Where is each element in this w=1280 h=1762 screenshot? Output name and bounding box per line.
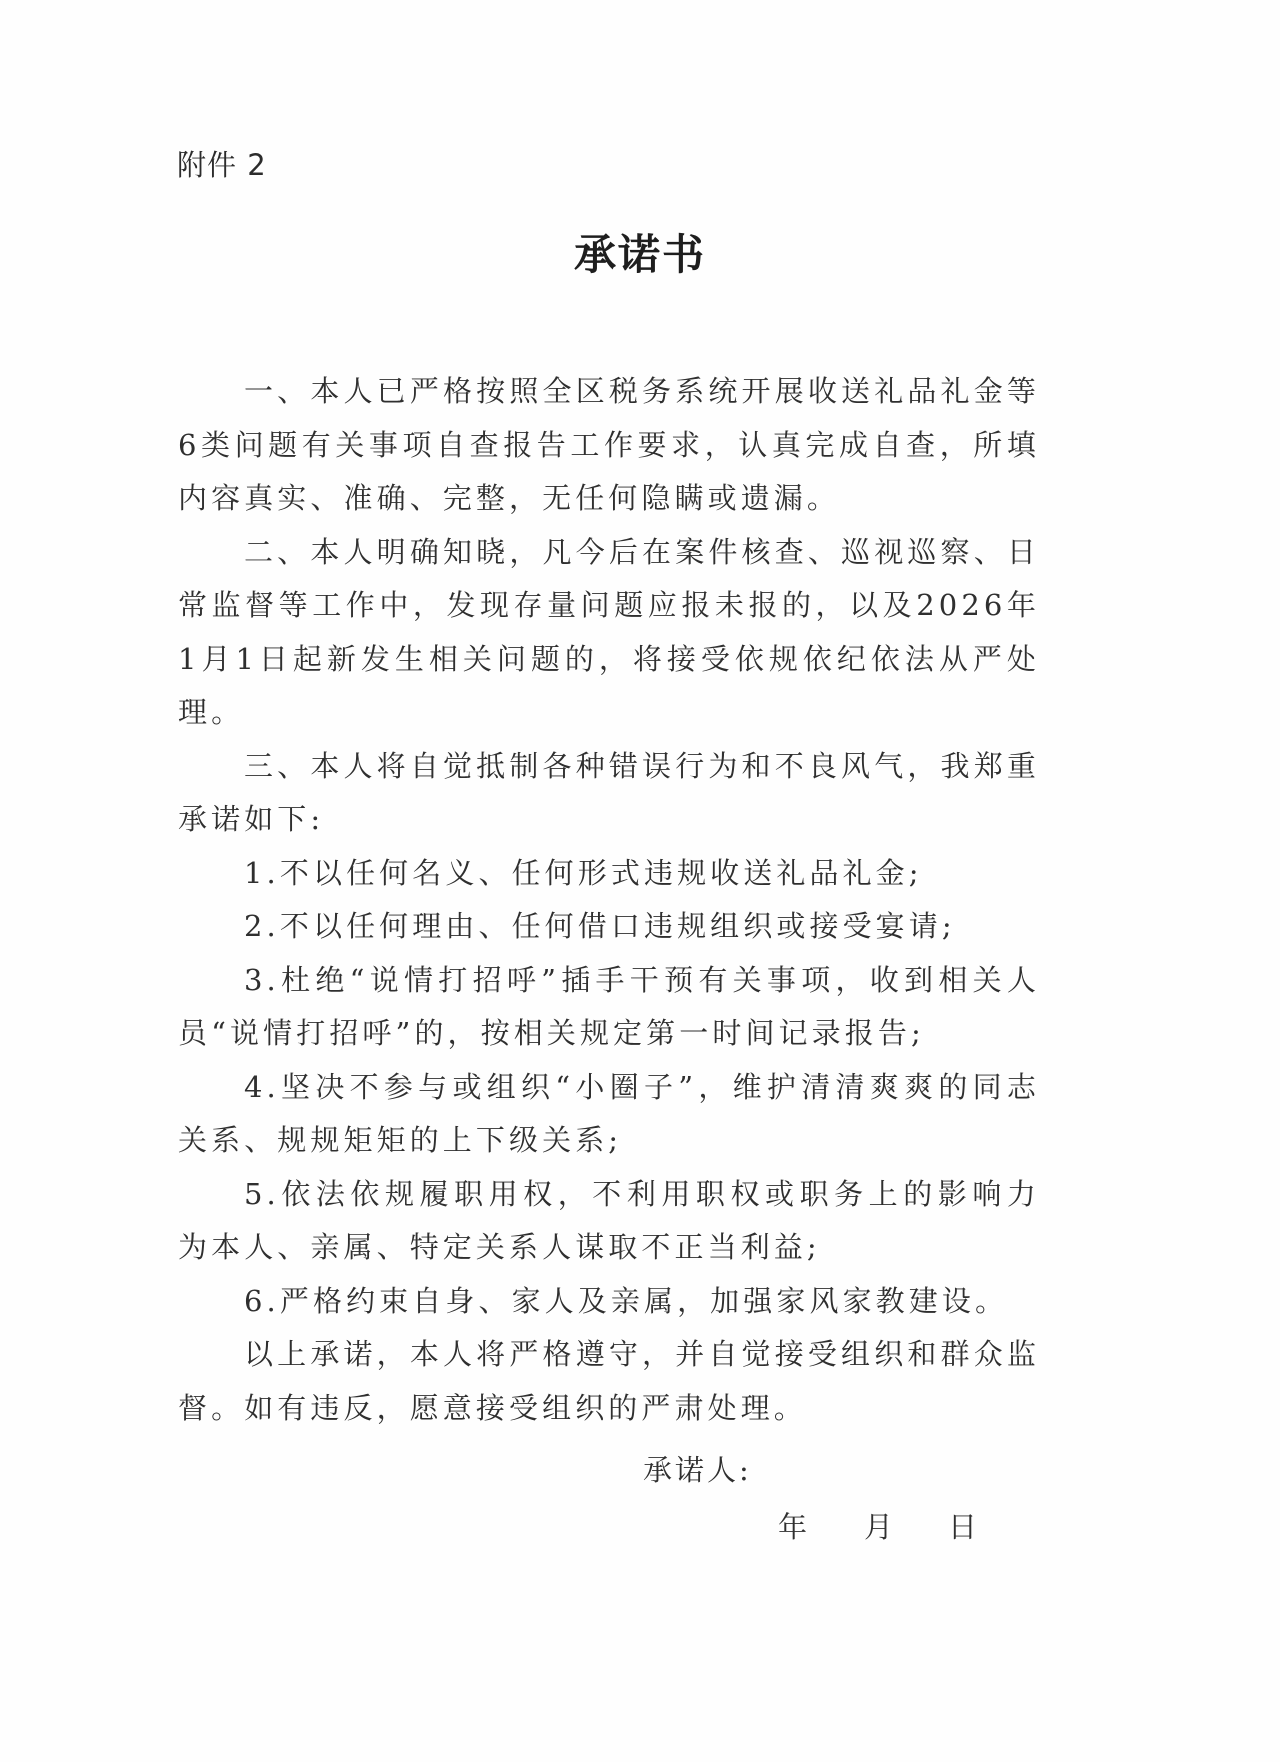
paragraph-2: 二、本人明确知晓，凡今后在案件核查、巡视巡察、日常监督等工作中，发现存量问题应报… <box>178 526 1040 740</box>
signer-label: 承诺人: <box>643 1448 752 1489</box>
pledge-item-3: 3.杜绝“说情打招呼”插手干预有关事项，收到相关人员“说情打招呼”的，按相关规定… <box>178 954 1040 1061</box>
pledge-item-1: 1.不以任何名义、任何形式违规收送礼品礼金; <box>178 847 1040 901</box>
document-body: 一、本人已严格按照全区税务系统开展收送礼品礼金等6类问题有关事项自查报告工作要求… <box>178 365 1040 1435</box>
day-label: 日 <box>948 1505 977 1546</box>
pledge-item-5: 5.依法依规履职用权，不利用职权或职务上的影响力为本人、亲属、特定关系人谋取不正… <box>178 1168 1040 1275</box>
month-label: 月 <box>864 1505 948 1546</box>
paragraph-3: 三、本人将自觉抵制各种错误行为和不良风气，我郑重承诺如下: <box>178 740 1040 847</box>
paragraph-1: 一、本人已严格按照全区税务系统开展收送礼品礼金等6类问题有关事项自查报告工作要求… <box>178 365 1040 526</box>
closing-paragraph: 以上承诺，本人将严格遵守，并自觉接受组织和群众监督。如有违反，愿意接受组织的严肃… <box>178 1328 1040 1435</box>
document-title: 承诺书 <box>0 222 1280 282</box>
year-label: 年 <box>778 1505 864 1546</box>
attachment-label: 附件 2 <box>177 143 267 184</box>
pledge-item-4: 4.坚决不参与或组织“小圈子”，维护清清爽爽的同志关系、规规矩矩的上下级关系; <box>178 1061 1040 1168</box>
pledge-item-6: 6.严格约束自身、家人及亲属，加强家风家教建设。 <box>178 1275 1040 1329</box>
pledge-item-2: 2.不以任何理由、任何借口违规组织或接受宴请; <box>178 900 1040 954</box>
date-line: 年 月 日 <box>778 1505 977 1546</box>
document-page: 附件 2 承诺书 一、本人已严格按照全区税务系统开展收送礼品礼金等6类问题有关事… <box>0 0 1280 1762</box>
